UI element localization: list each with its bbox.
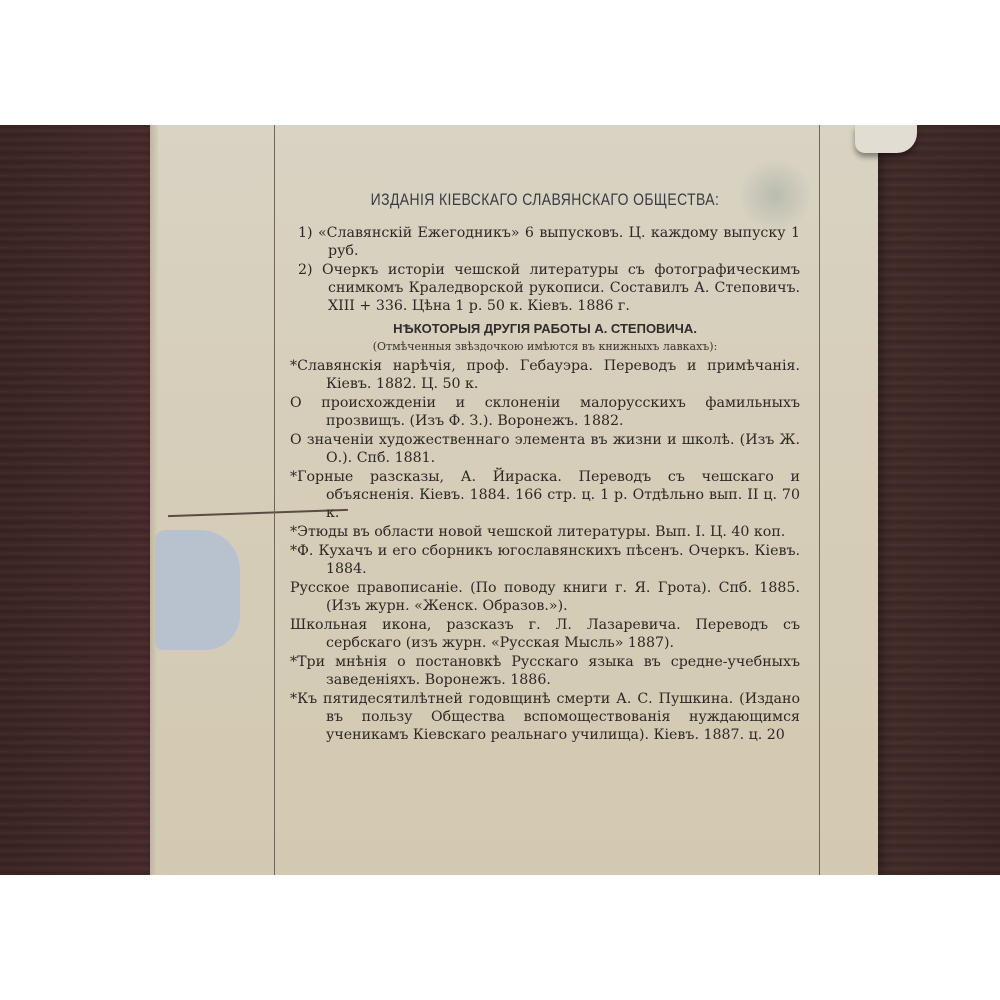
work-item: *Славянскія нарѣчія, проф. Гебауэра. Пер… — [290, 357, 800, 393]
paper-edge — [150, 125, 158, 875]
section-note: (Отмѣченныя звѣздочкою имѣются въ книжны… — [290, 340, 800, 353]
document-photo: ИЗДАНІЯ КІЕВСКАГО СЛАВЯНСКАГО ОБЩЕСТВА: … — [0, 125, 1000, 875]
border-rule-left — [274, 125, 275, 875]
publication-item: 1) «Славянскій Ежегодникъ» 6 выпусковъ. … — [290, 224, 800, 260]
work-item: О значеніи художественнаго элемента въ ж… — [290, 431, 800, 467]
work-item: *Къ пятидесятилѣтней годовщинѣ смерти А.… — [290, 690, 800, 744]
work-item: Русское правописаніе. (По поводу книги г… — [290, 579, 800, 615]
publication-item: 2) Очеркъ исторіи чешской литературы съ … — [290, 261, 800, 315]
work-item: *Горные разсказы, А. Йираска. Переводъ с… — [290, 468, 800, 522]
work-item: О происхожденіи и склоненіи малорусскихъ… — [290, 394, 800, 430]
work-item: *Ф. Кухачъ и его сборникъ югославянскихъ… — [290, 542, 800, 578]
torn-hole — [155, 530, 240, 650]
torn-corner-flap — [855, 125, 917, 153]
work-item: *Этюды въ области новой чешской литерату… — [290, 523, 800, 541]
page-content: ИЗДАНІЯ КІЕВСКАГО СЛАВЯНСКАГО ОБЩЕСТВА: … — [290, 190, 800, 745]
work-item: Школьная икона, разсказъ г. Л. Лазаревич… — [290, 616, 800, 652]
page-title: ИЗДАНІЯ КІЕВСКАГО СЛАВЯНСКАГО ОБЩЕСТВА: — [336, 190, 754, 210]
border-rule-right — [819, 125, 820, 875]
publications-list: 1) «Славянскій Ежегодникъ» 6 выпусковъ. … — [290, 224, 800, 315]
works-list: *Славянскія нарѣчія, проф. Гебауэра. Пер… — [290, 357, 800, 744]
work-item: *Три мнѣнія о постановкѣ Русскаго языка … — [290, 653, 800, 689]
section-heading: НѢКОТОРЫЯ ДРУГІЯ РАБОТЫ А. СТЕПОВИЧА. — [290, 321, 800, 336]
